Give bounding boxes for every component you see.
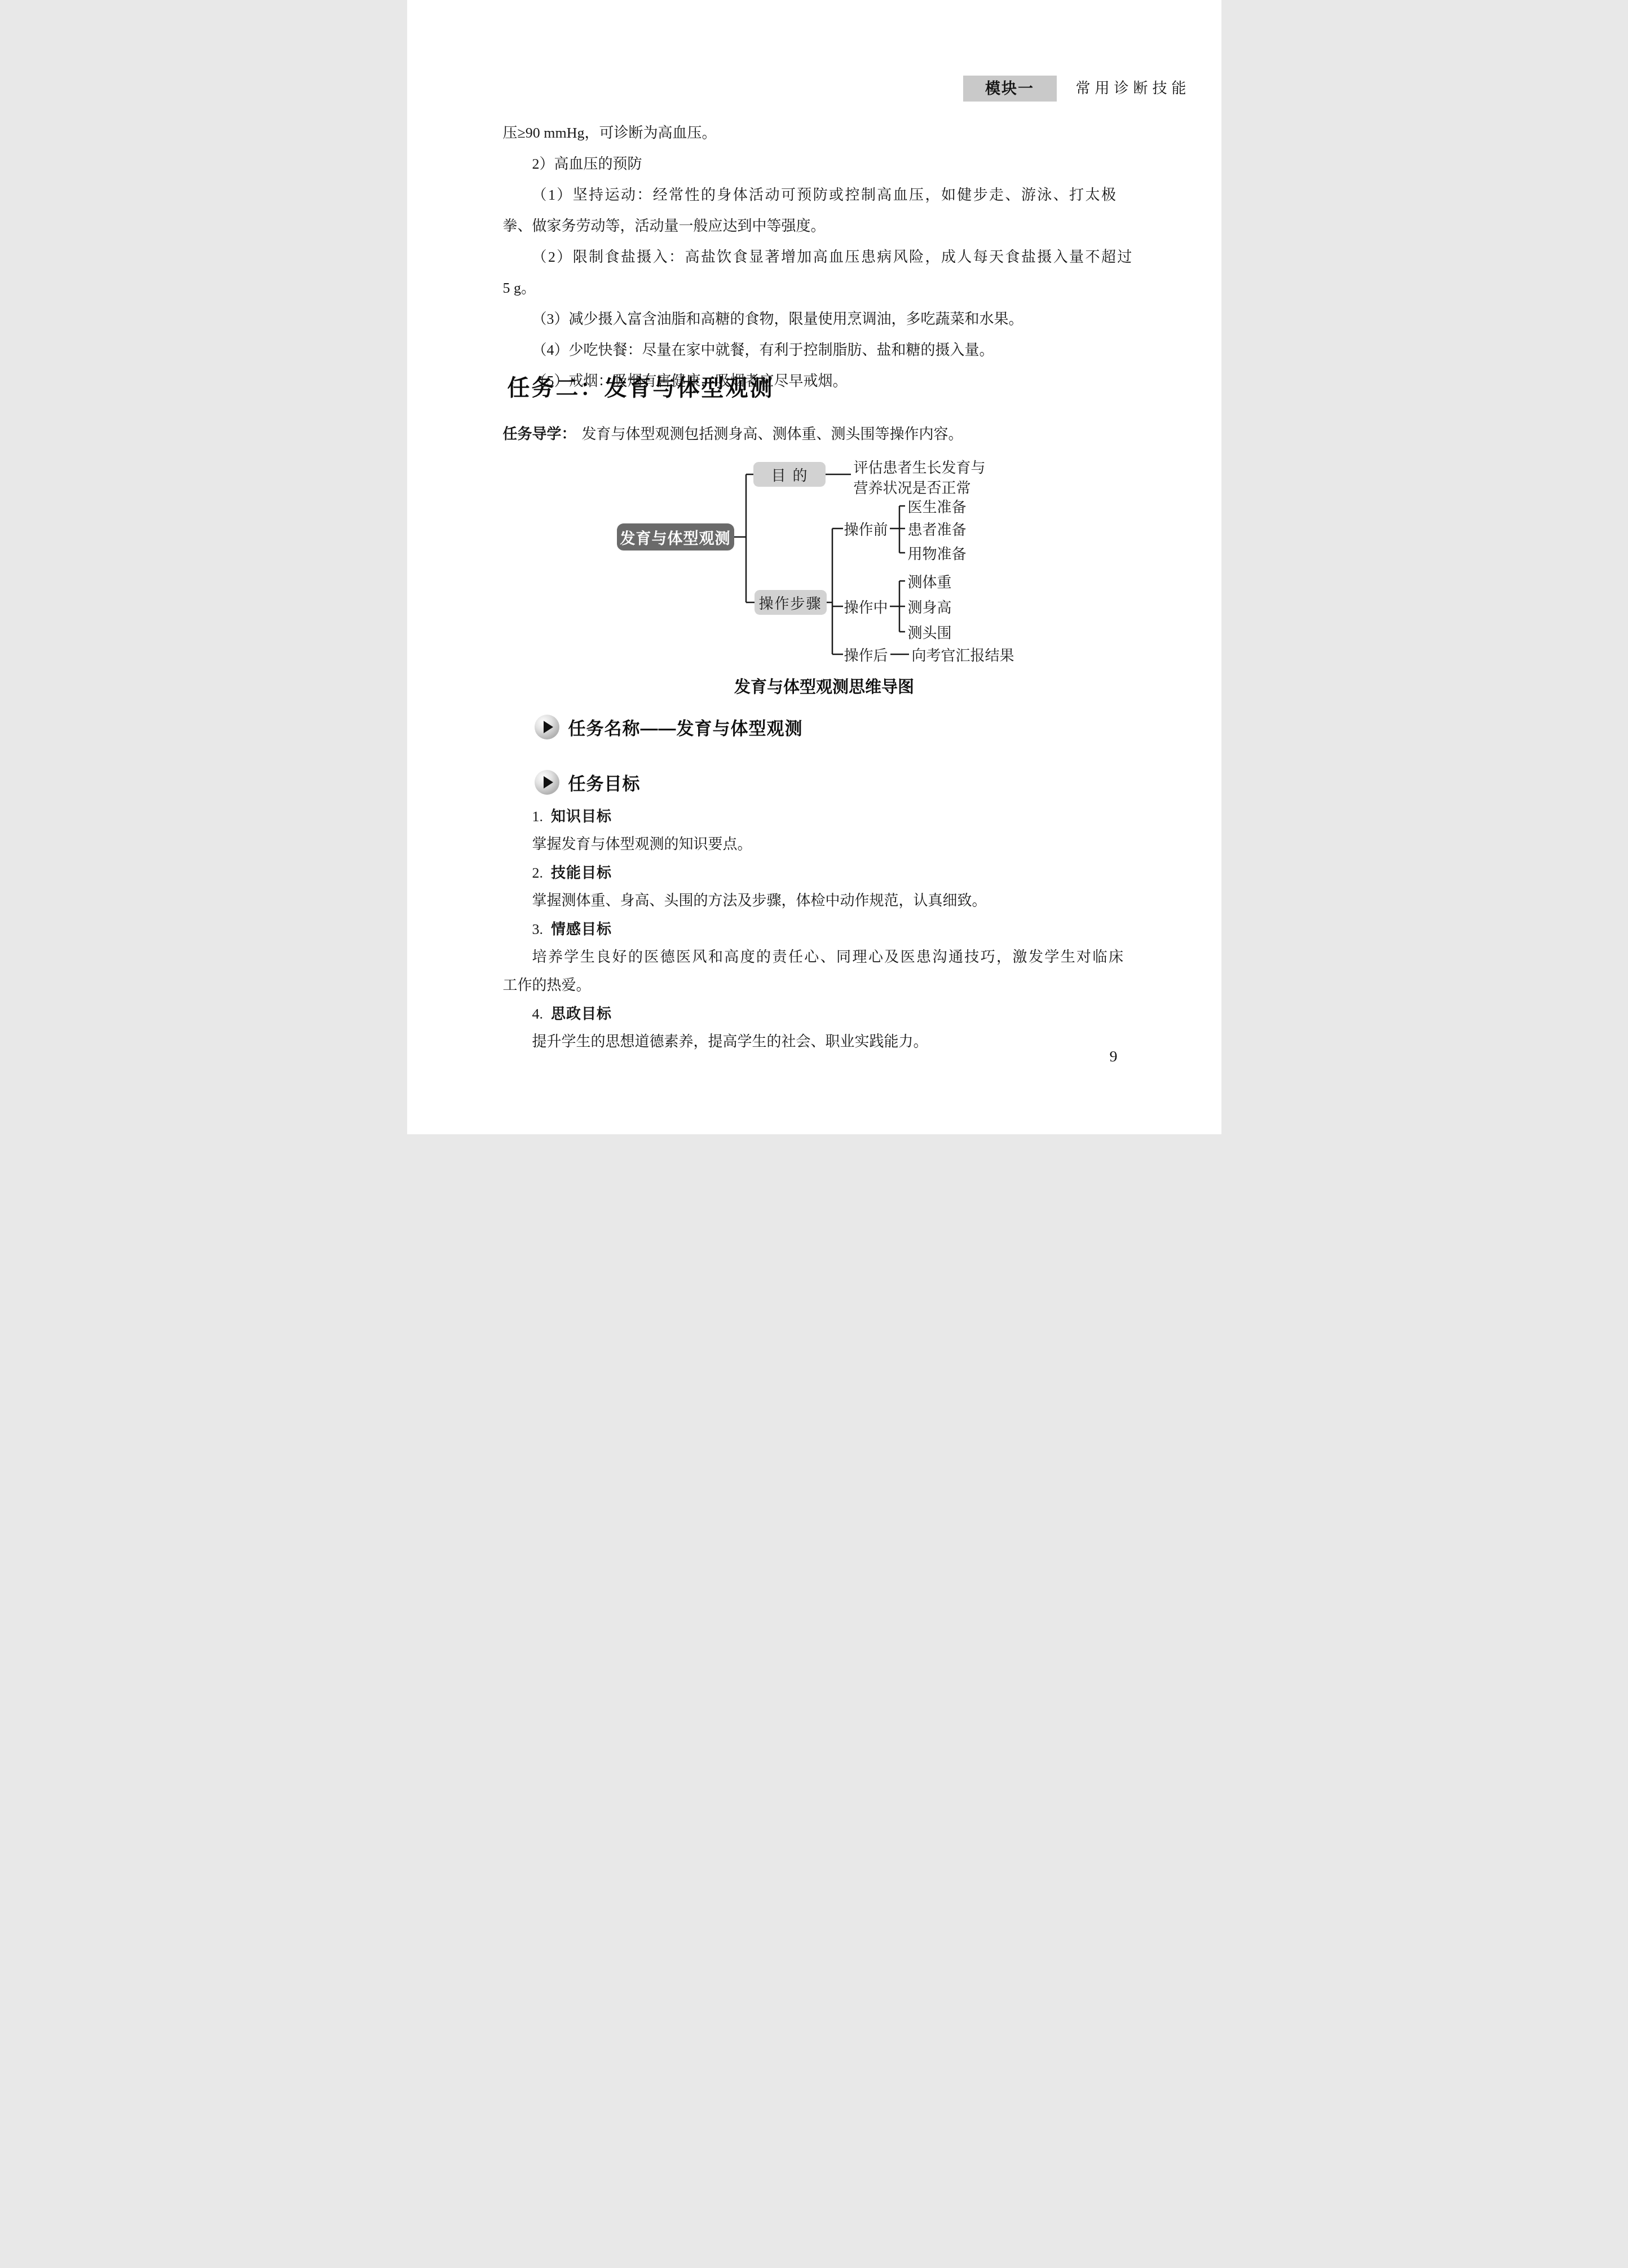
mindmap-leaf: 测身高 xyxy=(908,596,952,617)
task-name-heading: 任务名称——发育与体型观测 xyxy=(568,714,803,739)
goal-label: 技能目标 xyxy=(551,864,612,881)
module-title: 常用诊断技能 xyxy=(1076,76,1191,102)
mindmap-leaf: 医生准备 xyxy=(908,496,967,517)
mindmap-steps-node: 操作步骤 xyxy=(755,590,827,615)
task-guide-text: 发育与体型观测包括测身高、测体重、测头围等操作内容。 xyxy=(582,426,963,442)
mindmap-post-result: 向考官汇报结果 xyxy=(912,644,1014,665)
goal-heading: 4.思政目标 xyxy=(503,999,1126,1028)
page-number: 9 xyxy=(1110,1048,1118,1066)
mindmap-during-label: 操作中 xyxy=(844,596,888,617)
goal-desc-line: 工作的热爱。 xyxy=(503,971,1126,999)
mindmap-diagram: 发育与体型观测 目的 评估患者生长发育与 营养状况是否正常 操作步骤 操作前 医… xyxy=(599,451,1050,688)
goal-label: 知识目标 xyxy=(551,808,612,825)
mindmap-leaf: 患者准备 xyxy=(908,518,967,539)
body-line: 压≥90 mmHg，可诊断为高血压。 xyxy=(503,117,1126,148)
task-guide-line: 任务导学：发育与体型观测包括测身高、测体重、测头围等操作内容。 xyxy=(503,422,1135,446)
body-line: （3）减少摄入富含油脂和高糖的食物，限量使用烹调油，多吃蔬菜和水果。 xyxy=(503,303,1126,334)
goals-list: 1.知识目标 掌握发育与体型观测的知识要点。 2.技能目标 掌握测体重、身高、头… xyxy=(503,802,1126,1056)
intro-paragraphs: 压≥90 mmHg，可诊断为高血压。 2）高血压的预防 （1）坚持运动：经常性的… xyxy=(503,117,1126,397)
task-name-heading-row: 任务名称——发育与体型观测 xyxy=(535,714,803,739)
goal-number: 1. xyxy=(503,808,544,825)
module-badge: 模块一 xyxy=(963,76,1057,102)
goal-desc-line: 提升学生的思想道德素养，提高学生的社会、职业实践能力。 xyxy=(503,1028,1126,1056)
task-goal-heading: 任务目标 xyxy=(568,769,641,795)
mindmap-caption: 发育与体型观测思维导图 xyxy=(599,675,1050,698)
goal-number: 3. xyxy=(503,921,544,937)
task-goal-heading-row: 任务目标 xyxy=(535,769,641,795)
goal-desc-line: 培养学生良好的医德医风和高度的责任心、同理心及医患沟通技巧，激发学生对临床 xyxy=(503,943,1126,971)
mindmap-leaf: 测体重 xyxy=(908,571,952,592)
goal-heading: 1.知识目标 xyxy=(503,802,1126,830)
body-line: （1）坚持运动：经常性的身体活动可预防或控制高血压，如健步走、游泳、打太极 xyxy=(503,179,1126,210)
mindmap-purpose-desc-line1: 评估患者生长发育与 xyxy=(854,458,986,478)
goal-desc-line: 掌握测体重、身高、头围的方法及步骤，体检中动作规范，认真细致。 xyxy=(503,887,1126,915)
body-line: 5 g。 xyxy=(503,272,1126,303)
goal-number: 2. xyxy=(503,865,544,881)
mindmap-pre-label: 操作前 xyxy=(844,518,888,539)
body-line: （2）限制食盐摄入：高盐饮食显著增加高血压患病风险，成人每天食盐摄入量不超过 xyxy=(503,241,1126,272)
goal-number: 4. xyxy=(503,1006,544,1022)
mindmap-purpose-node: 目的 xyxy=(753,462,826,487)
mindmap-purpose-desc: 评估患者生长发育与 营养状况是否正常 xyxy=(854,458,986,499)
textbook-page: 模块一 常用诊断技能 压≥90 mmHg，可诊断为高血压。 2）高血压的预防 （… xyxy=(407,0,1221,1134)
body-line: （4）少吃快餐：尽量在家中就餐，有利于控制脂肪、盐和糖的摄入量。 xyxy=(503,334,1126,365)
task-guide-label: 任务导学： xyxy=(503,425,576,442)
play-circle-icon xyxy=(535,770,559,795)
section-heading: 任务二：发育与体型观测 xyxy=(508,370,774,402)
goal-heading: 2.技能目标 xyxy=(503,858,1126,887)
body-line: 拳、做家务劳动等，活动量一般应达到中等强度。 xyxy=(503,210,1126,241)
mindmap-root-node: 发育与体型观测 xyxy=(617,523,734,551)
goal-label: 思政目标 xyxy=(551,1005,612,1022)
goal-label: 情感目标 xyxy=(551,921,612,937)
goal-desc-line: 掌握发育与体型观测的知识要点。 xyxy=(503,830,1126,858)
mindmap-leaf: 测头围 xyxy=(908,622,952,642)
mindmap-leaf: 用物准备 xyxy=(908,543,967,563)
body-line: 2）高血压的预防 xyxy=(503,148,1126,179)
play-circle-icon xyxy=(535,715,559,739)
goal-heading: 3.情感目标 xyxy=(503,915,1126,943)
mindmap-post-label: 操作后 xyxy=(844,644,888,665)
